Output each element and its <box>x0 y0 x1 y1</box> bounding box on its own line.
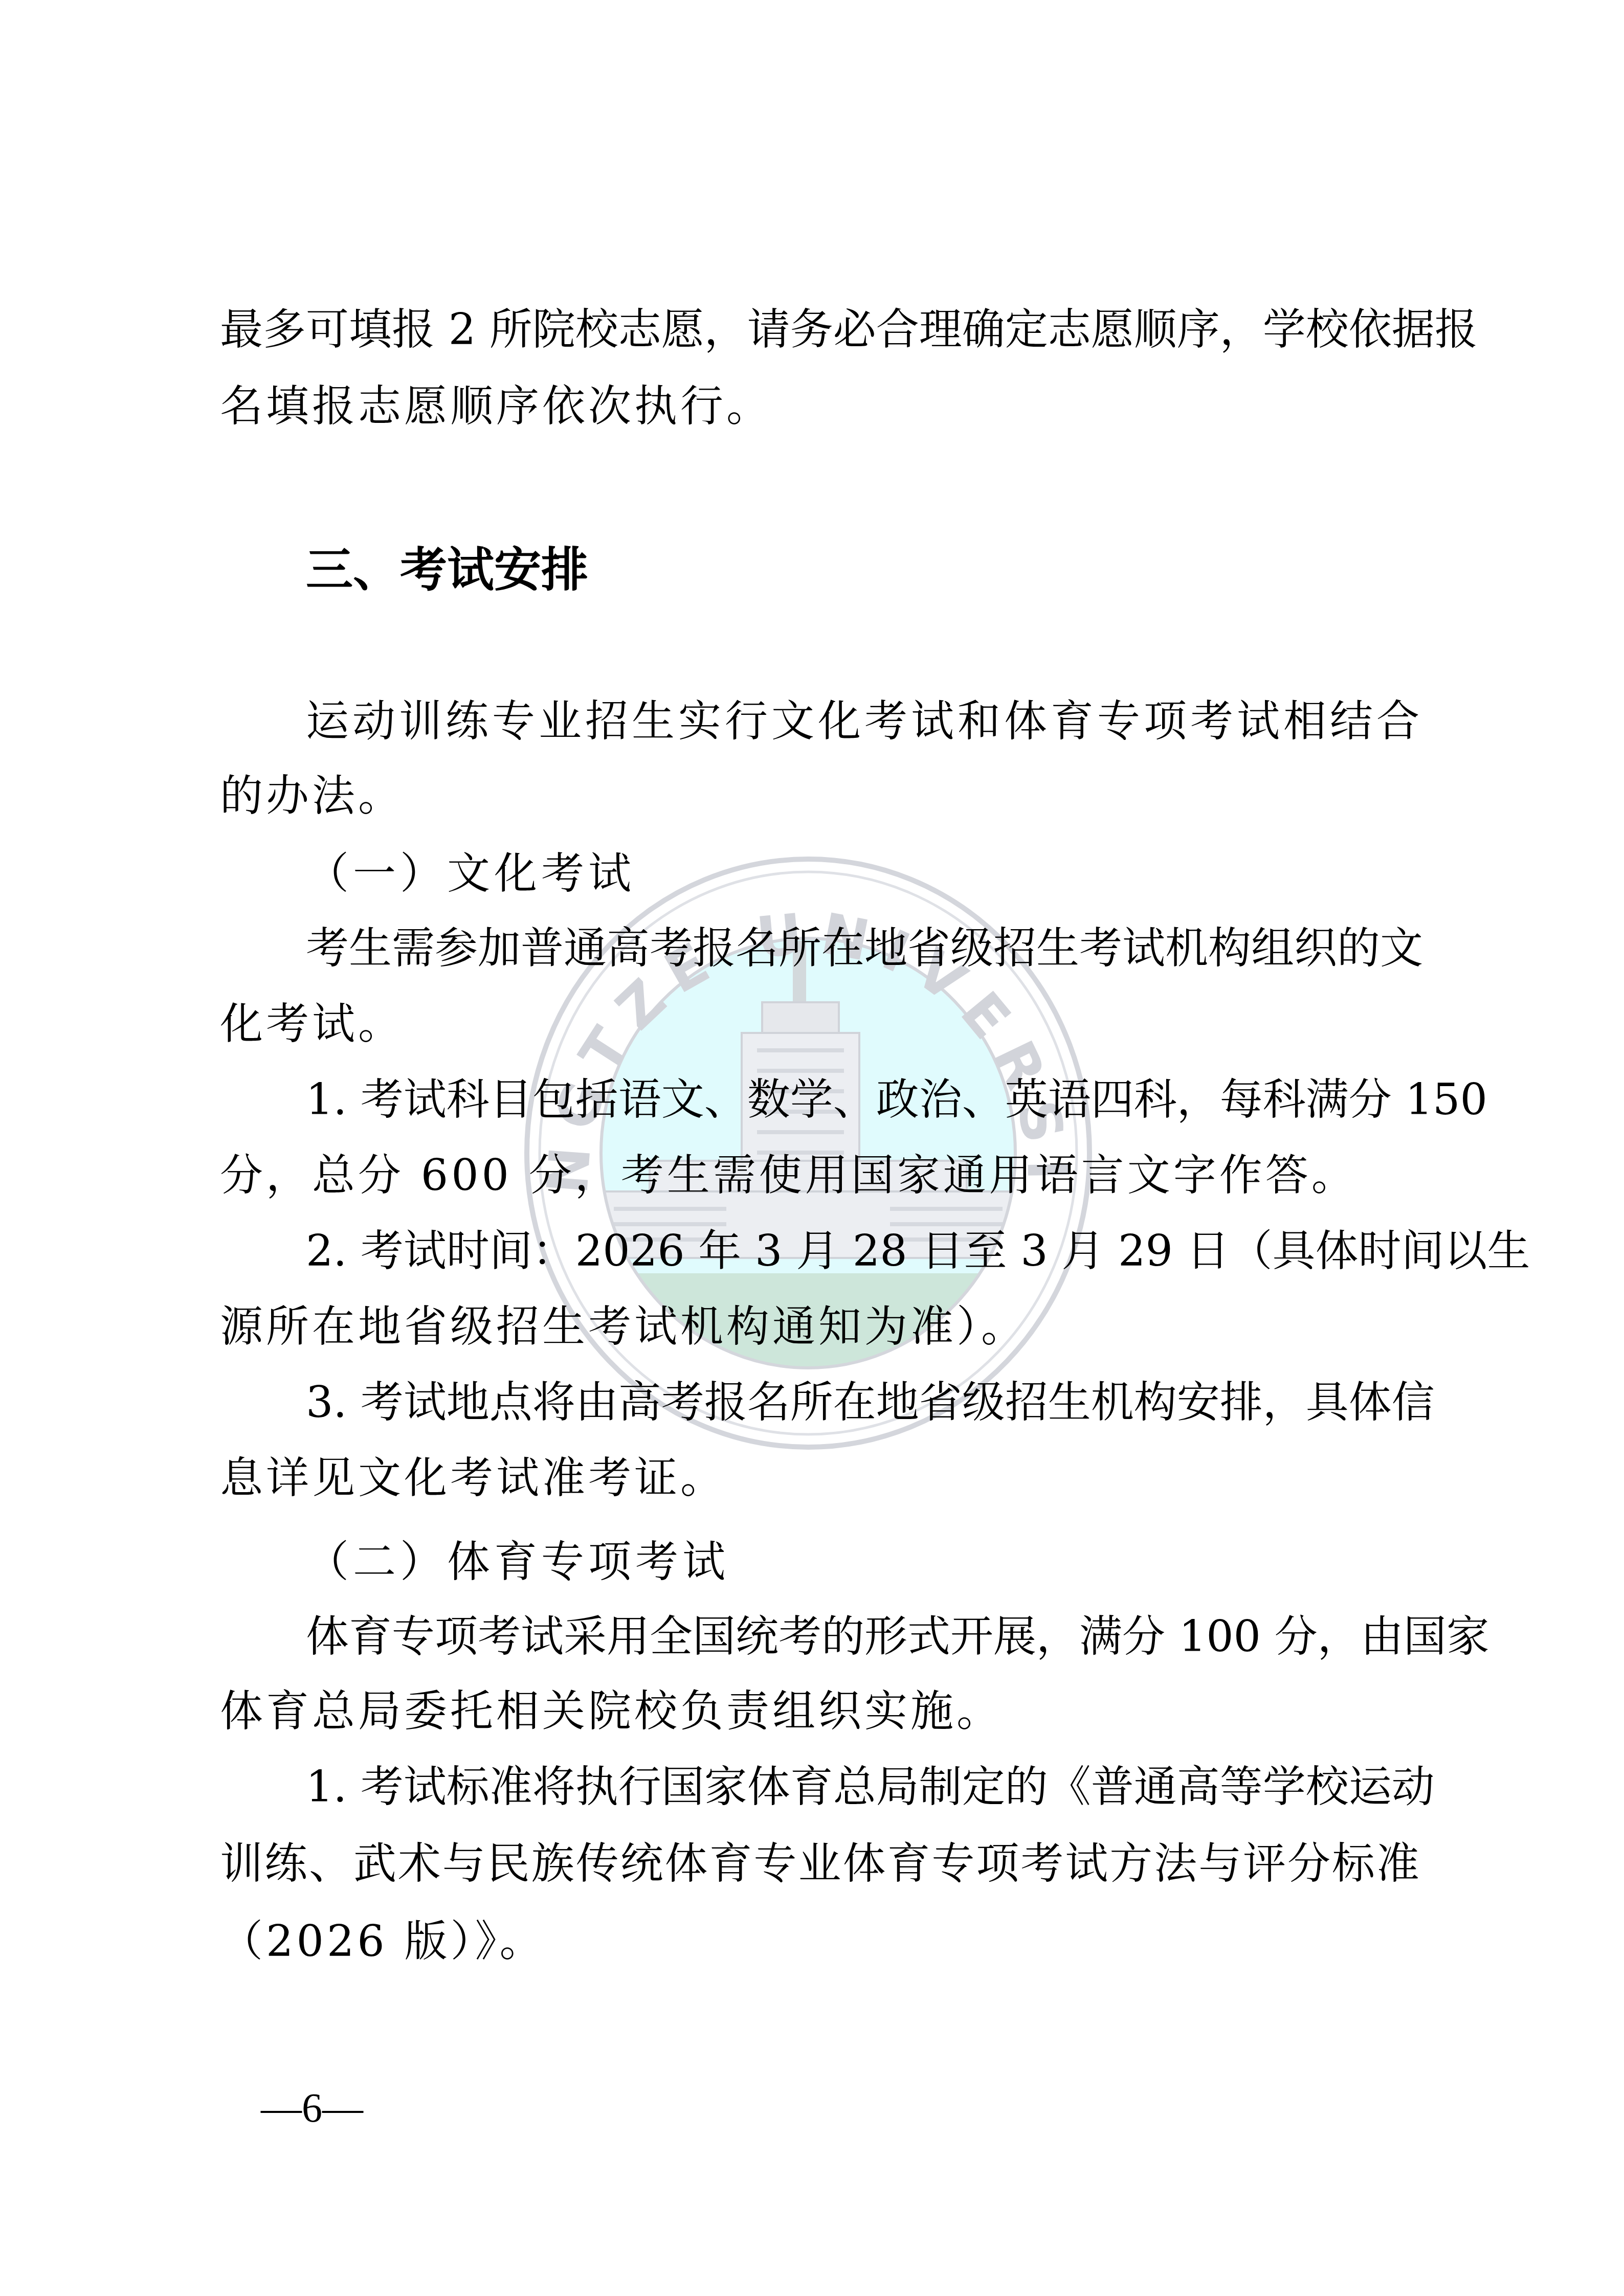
paragraph-line: 运动训练专业招生实行文化考试和体育专项考试相结合 <box>306 696 1419 746</box>
paragraph-line: 考生需参加普通高考报名所在地省级招生考试机构组织的文 <box>306 924 1419 973</box>
list-item-line: 1. 考试科目包括语文、数学、政治、英语四科，每科满分 150 <box>306 1075 1419 1124</box>
list-item-line: （2026 版）》。 <box>220 1917 1419 1966</box>
paragraph-line: 体育专项考试采用全国统考的形式开展，满分 100 分，由国家 <box>306 1612 1419 1661</box>
paragraph-line: 最多可填报 2 所院校志愿，请务必合理确定志愿顺序，学校依据报 <box>220 305 1419 354</box>
subsection-heading: （二）体育专项考试 <box>306 1537 729 1586</box>
section-heading: 三、考试安排 <box>306 542 588 598</box>
page-number: —6— <box>261 2084 363 2133</box>
list-item-line: 1. 考试标准将执行国家体育总局制定的《普通高等学校运动 <box>306 1762 1419 1811</box>
paragraph-line: 体育总局委托相关院校负责组织实施。 <box>220 1686 1419 1736</box>
list-item-line: 源所在地省级招生考试机构通知为准）。 <box>220 1302 1419 1351</box>
paragraph-line: 的办法。 <box>220 771 1419 820</box>
list-item-line: 训练、武术与民族传统体育专业体育专项考试方法与评分标准 <box>220 1839 1419 1888</box>
paragraph-line: 名填报志愿顺序依次执行。 <box>220 381 1419 431</box>
list-item-line: 分，总分 600 分，考生需使用国家通用语言文字作答。 <box>220 1151 1419 1200</box>
list-item-line: 息详见文化考试准考证。 <box>220 1453 1419 1502</box>
list-item-line: 2. 考试时间：2026 年 3 月 28 日至 3 月 29 日（具体时间以生 <box>306 1226 1419 1275</box>
list-item-line: 3. 考试地点将由高考报名所在地省级招生机构安排，具体信 <box>306 1378 1419 1427</box>
document-page: YANGTZE UNIVERSITY 最多可填报 2 所院校志愿，请务必合理确定… <box>0 0 1624 2296</box>
paragraph-line: 化考试。 <box>220 999 1419 1048</box>
subsection-heading: （一）文化考试 <box>306 849 635 898</box>
